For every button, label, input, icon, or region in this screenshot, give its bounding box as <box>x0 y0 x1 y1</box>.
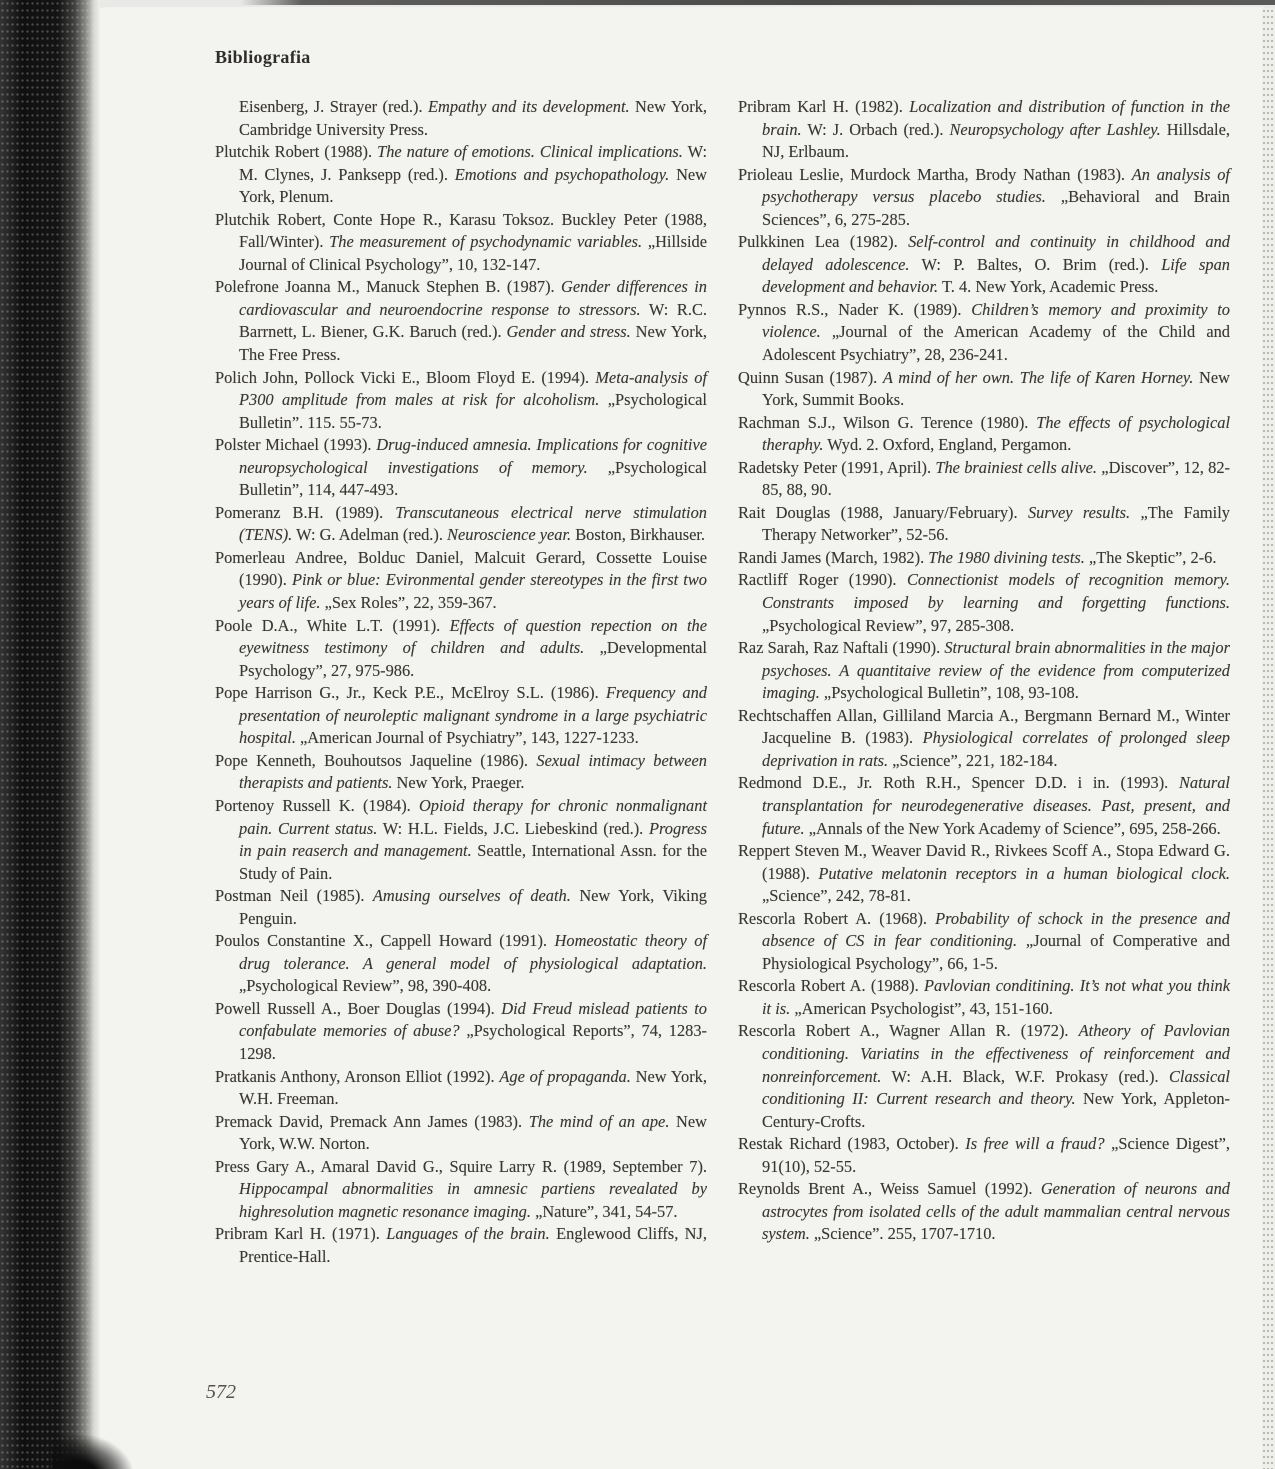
entry-text: „Psychological Review”, 97, 285-308. <box>762 616 1014 635</box>
entry-text: Pynnos R.S., Nader K. (1989). <box>738 300 971 319</box>
entry-text: Pratkanis Anthony, Aronson Elliot (1992)… <box>215 1067 499 1086</box>
entry-text: Pribram Karl H. (1971). <box>215 1224 386 1243</box>
scan-binding-left-edge <box>0 0 100 1469</box>
entry-text: T. 4. New York, Academic Press. <box>938 277 1158 296</box>
entry-text: Rescorla Robert A., Wagner Allan R. (197… <box>738 1021 1079 1040</box>
bib-entry: Premack David, Premack Ann James (1983).… <box>215 1111 707 1156</box>
entry-text: „Science”. 255, 1707-1710. <box>810 1224 996 1243</box>
entry-text: W: G. Adelman (red.). <box>292 525 447 544</box>
scanned-book-page: Bibliografia Eisenberg, J. Strayer (red.… <box>0 0 1275 1469</box>
bib-entry: Ractliff Roger (1990). Connectionist mod… <box>738 569 1230 637</box>
entry-text: „Psychological Review”, 98, 390-408. <box>239 976 491 995</box>
entry-text: Randi James (March, 1982). <box>738 548 928 567</box>
bib-entry: Plutchik Robert (1988). The nature of em… <box>215 141 707 209</box>
bib-entry: Pynnos R.S., Nader K. (1989). Children’s… <box>738 299 1230 367</box>
bib-entry: Pribram Karl H. (1971). Languages of the… <box>215 1223 707 1268</box>
bib-entry: Rescorla Robert A. (1988). Pavlovian con… <box>738 975 1230 1020</box>
bib-entry: Prioleau Leslie, Murdock Martha, Brody N… <box>738 164 1230 232</box>
entry-text: Poole D.A., White L.T. (1991). <box>215 616 450 635</box>
bib-entry: Eisenberg, J. Strayer (red.). Empathy an… <box>215 96 707 141</box>
bib-entry: Restak Richard (1983, October). Is free … <box>738 1133 1230 1178</box>
work-title: Is free will a fraud? <box>965 1134 1104 1153</box>
bib-entry: Rechtschaffen Allan, Gilliland Marcia A.… <box>738 705 1230 773</box>
entry-text: „Psychological Bulletin”, 108, 93-108. <box>820 683 1079 702</box>
scan-bottom-left-corner-shadow <box>52 1435 132 1469</box>
bib-entry: Pope Harrison G., Jr., Keck P.E., McElro… <box>215 682 707 750</box>
bib-entry: Rait Douglas (1988, January/February). S… <box>738 502 1230 547</box>
bib-entry: Polster Michael (1993). Drug-induced amn… <box>215 434 707 502</box>
entry-text: Ractliff Roger (1990). <box>738 570 907 589</box>
entry-text: „Annals of the New York Academy of Scien… <box>805 819 1221 838</box>
bib-entry: Press Gary A., Amaral David G., Squire L… <box>215 1156 707 1224</box>
bib-entry: Radetsky Peter (1991, April). The braini… <box>738 457 1230 502</box>
entry-text: Polster Michael (1993). <box>215 435 376 454</box>
bib-entry: Quinn Susan (1987). A mind of her own. T… <box>738 367 1230 412</box>
bib-entry: Pope Kenneth, Bouhoutsos Jaqueline (1986… <box>215 750 707 795</box>
bib-entry: Portenoy Russell K. (1984). Opioid thera… <box>215 795 707 885</box>
entry-text: Portenoy Russell K. (1984). <box>215 796 419 815</box>
entry-text: „The Skeptic”, 2-6. <box>1085 548 1217 567</box>
entry-text: Wyd. 2. Oxford, England, Pergamon. <box>823 435 1071 454</box>
bib-entry: Poole D.A., White L.T. (1991). Effects o… <box>215 615 707 683</box>
work-title: Survey results. <box>1028 503 1130 522</box>
bib-entry: Poulos Constantine X., Cappell Howard (1… <box>215 930 707 998</box>
entry-text: Rait Douglas (1988, January/February). <box>738 503 1028 522</box>
entry-text: Pribram Karl H. (1982). <box>738 97 909 116</box>
work-title: A mind of her own. The life of Karen Hor… <box>883 368 1193 387</box>
entry-text: Restak Richard (1983, October). <box>738 1134 965 1153</box>
bib-entry: Reppert Steven M., Weaver David R., Rivk… <box>738 840 1230 908</box>
entry-text: Raz Sarah, Raz Naftali (1990). <box>738 638 944 657</box>
entry-text: Pomeranz B.H. (1989). <box>215 503 395 522</box>
entry-text: Radetsky Peter (1991, April). <box>738 458 935 477</box>
bib-entry: Pribram Karl H. (1982). Localization and… <box>738 96 1230 164</box>
entry-text: Rachman S.J., Wilson G. Terence (1980). <box>738 413 1036 432</box>
entry-text: W: J. Orbach (red.). <box>802 120 950 139</box>
work-title: The mind of an ape. <box>529 1112 670 1131</box>
work-title: Amusing ourselves of death. <box>373 886 571 905</box>
bib-entry: Redmond D.E., Jr. Roth R.H., Spencer D.D… <box>738 772 1230 840</box>
entry-text: W: H.L. Fields, J.C. Liebeskind (red.). <box>377 819 649 838</box>
work-title: The nature of emotions. Clinical implica… <box>377 142 683 161</box>
work-title: Putative melatonin receptors in a human … <box>818 864 1230 883</box>
entry-text: Quinn Susan (1987). <box>738 368 883 387</box>
work-title: Emotions and psychopathology. <box>455 165 669 184</box>
bib-entry: Pomerleau Andree, Bolduc Daniel, Malcuit… <box>215 547 707 615</box>
work-title: Languages of the brain. <box>386 1224 550 1243</box>
entry-text: „Sex Roles”, 22, 359-367. <box>320 593 496 612</box>
page-number: 572 <box>206 1381 236 1404</box>
bib-entry: Polich John, Pollock Vicki E., Bloom Flo… <box>215 367 707 435</box>
entry-text: New York, Praeger. <box>392 773 524 792</box>
entry-text: Prioleau Leslie, Murdock Martha, Brody N… <box>738 165 1132 184</box>
entry-text: Powell Russell A., Boer Douglas (1994). <box>215 999 501 1018</box>
work-title: Age of propaganda. <box>499 1067 631 1086</box>
entry-text: Plutchik Robert (1988). <box>215 142 377 161</box>
bib-entry: Polefrone Joanna M., Manuck Stephen B. (… <box>215 276 707 366</box>
entry-text: Rescorla Robert A. (1988). <box>738 976 924 995</box>
bib-entry: Pratkanis Anthony, Aronson Elliot (1992)… <box>215 1066 707 1111</box>
entry-text: „Journal of the American Academy of the … <box>762 322 1230 364</box>
scan-top-edge-shadow <box>240 0 1275 5</box>
bibliography-right-column: Pribram Karl H. (1982). Localization and… <box>738 96 1230 1246</box>
entry-text: Eisenberg, J. Strayer (red.). <box>239 97 428 116</box>
entry-text: „American Psychologist”, 43, 151-160. <box>790 999 1053 1018</box>
entry-text: Premack David, Premack Ann James (1983). <box>215 1112 529 1131</box>
bibliography-left-column: Eisenberg, J. Strayer (red.). Empathy an… <box>215 96 707 1268</box>
page-title: Bibliografia <box>215 47 311 68</box>
entry-text: W: P. Baltes, O. Brim (red.). <box>910 255 1162 274</box>
entry-text: Pulkkinen Lea (1982). <box>738 232 908 251</box>
entry-text: „Science”, 242, 78-81. <box>762 886 911 905</box>
work-title: Empathy and its development. <box>428 97 630 116</box>
work-title: Neuroscience year. <box>447 525 571 544</box>
bib-entry: Rescorla Robert A., Wagner Allan R. (197… <box>738 1020 1230 1133</box>
work-title: The 1980 divining tests. <box>928 548 1085 567</box>
entry-text: Boston, Birkhauser. <box>571 525 705 544</box>
bib-entry: Randi James (March, 1982). The 1980 divi… <box>738 547 1230 570</box>
bib-entry: Pomeranz B.H. (1989). Transcutaneous ele… <box>215 502 707 547</box>
entry-text: Polich John, Pollock Vicki E., Bloom Flo… <box>215 368 595 387</box>
work-title: The brainiest cells alive. <box>935 458 1097 477</box>
work-title: Neuropsychology after Lashley. <box>949 120 1160 139</box>
bib-entry: Rescorla Robert A. (1968). Probability o… <box>738 908 1230 976</box>
entry-text: W: A.H. Black, W.F. Prokasy (red.). <box>881 1067 1169 1086</box>
entry-text: Polefrone Joanna M., Manuck Stephen B. (… <box>215 277 561 296</box>
bib-entry: Raz Sarah, Raz Naftali (1990). Structura… <box>738 637 1230 705</box>
entry-text: Reynolds Brent A., Weiss Samuel (1992). <box>738 1179 1041 1198</box>
entry-text: „Nature”, 341, 54-57. <box>531 1202 678 1221</box>
bib-entry: Powell Russell A., Boer Douglas (1994). … <box>215 998 707 1066</box>
bib-entry: Pulkkinen Lea (1982). Self-control and c… <box>738 231 1230 299</box>
entry-text: Rescorla Robert A. (1968). <box>738 909 935 928</box>
entry-text: Postman Neil (1985). <box>215 886 373 905</box>
bib-entry: Postman Neil (1985). Amusing ourselves o… <box>215 885 707 930</box>
entry-text: Poulos Constantine X., Cappell Howard (1… <box>215 931 555 950</box>
work-title: Gender and stress. <box>506 322 630 341</box>
entry-text: Pope Kenneth, Bouhoutsos Jaqueline (1986… <box>215 751 536 770</box>
bib-entry: Reynolds Brent A., Weiss Samuel (1992). … <box>738 1178 1230 1246</box>
bib-entry: Plutchik Robert, Conte Hope R., Karasu T… <box>215 209 707 277</box>
entry-text: „Science”, 221, 182-184. <box>888 751 1057 770</box>
entry-text: Press Gary A., Amaral David G., Squire L… <box>215 1157 707 1176</box>
entry-text: Pope Harrison G., Jr., Keck P.E., McElro… <box>215 683 606 702</box>
scan-right-page-edge-texture <box>1262 8 1275 1469</box>
bib-entry: Rachman S.J., Wilson G. Terence (1980). … <box>738 412 1230 457</box>
work-title: The measurement of psychodynamic variabl… <box>329 232 642 251</box>
entry-text: „American Journal of Psychiatry”, 143, 1… <box>296 728 639 747</box>
entry-text: Redmond D.E., Jr. Roth R.H., Spencer D.D… <box>738 773 1179 792</box>
